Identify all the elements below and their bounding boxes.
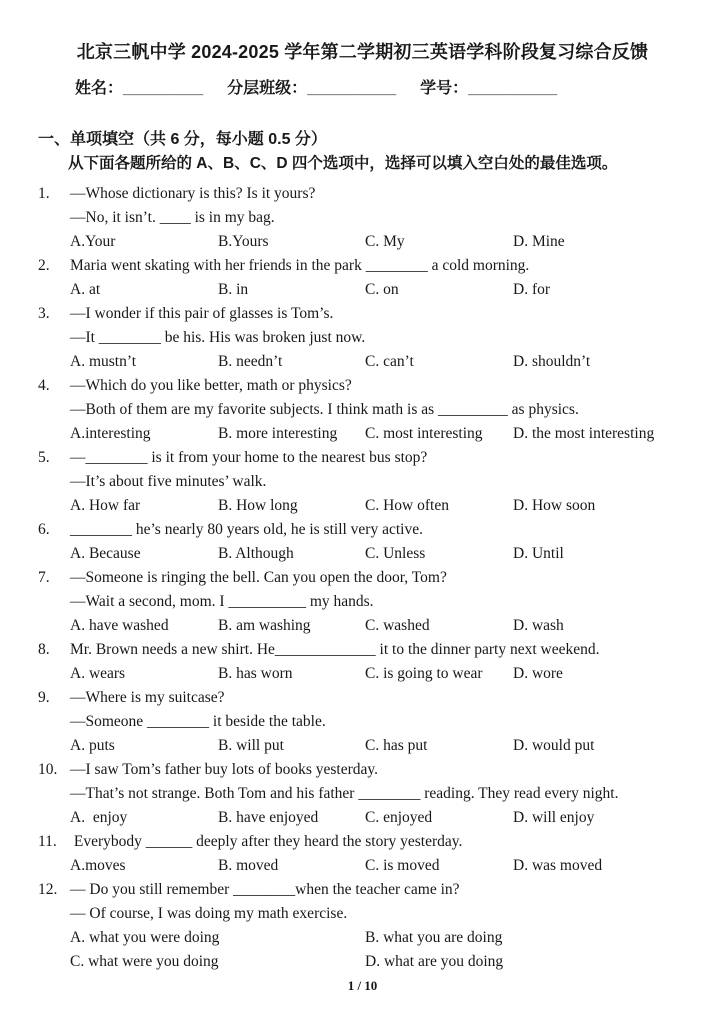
option-a: A. puts [70, 734, 218, 758]
question-line: —Someone is ringing the bell. Can you op… [70, 566, 695, 590]
page-title: 北京三帆中学 2024-2025 学年第二学期初三英语学科阶段复习综合反馈 [0, 0, 725, 64]
question-number: 2. [38, 254, 50, 278]
question-line: —That’s not strange. Both Tom and his fa… [70, 782, 695, 806]
options-row: A. what you were doing B. what you are d… [70, 926, 695, 974]
page-number: 1 / 10 [0, 978, 725, 994]
option-b: B. will put [218, 734, 365, 758]
question-number: 8. [38, 638, 50, 662]
option-a: A.moves [70, 854, 218, 878]
section-heading: 一、单项填空（共 6 分，每小题 0.5 分） [38, 128, 695, 152]
question-number: 11. [38, 830, 57, 854]
student-name-label: 姓名： [75, 80, 123, 97]
option-a: A. mustn’t [70, 350, 218, 374]
question-line: Maria went skating with her friends in t… [70, 254, 695, 278]
option-d: D. was moved [513, 854, 695, 878]
question-line: — Do you still remember ________when the… [70, 878, 695, 902]
question-6: 6. ________ he’s nearly 80 years old, he… [38, 518, 695, 566]
option-b: B. How long [218, 494, 365, 518]
question-line: —Where is my suitcase? [70, 686, 695, 710]
question-line: — Of course, I was doing my math exercis… [70, 902, 695, 926]
student-id-blank: __________ [468, 80, 557, 97]
option-c: C. How often [365, 494, 513, 518]
option-b: B. Although [218, 542, 365, 566]
student-name-field: 姓名：_________ [75, 75, 203, 98]
option-a: A. what you were doing [70, 926, 365, 950]
option-d: D. shouldn’t [513, 350, 695, 374]
option-d: D. wash [513, 614, 695, 638]
options-row: A.Your B.Yours C. My D. Mine [70, 230, 695, 254]
question-1: 1. —Whose dictionary is this? Is it your… [38, 182, 695, 254]
option-a: A.interesting [70, 422, 218, 446]
option-d: D. Until [513, 542, 695, 566]
question-line: —It ________ be his. His was broken just… [70, 326, 695, 350]
question-line: —No, it isn’t. ____ is in my bag. [70, 206, 695, 230]
option-a: A.Your [70, 230, 218, 254]
question-line: —Which do you like better, math or physi… [70, 374, 695, 398]
question-number: 4. [38, 374, 50, 398]
option-d: D. for [513, 278, 695, 302]
option-c: C. enjoyed [365, 806, 513, 830]
question-number: 7. [38, 566, 50, 590]
student-id-field: 学号：__________ [420, 75, 557, 98]
options-row: A. mustn’t B. needn’t C. can’t D. should… [70, 350, 695, 374]
class-label: 分层班级： [227, 80, 307, 97]
option-a: A. at [70, 278, 218, 302]
option-c: C. washed [365, 614, 513, 638]
question-8: 8. Mr. Brown needs a new shirt. He______… [38, 638, 695, 686]
option-b: B. have enjoyed [218, 806, 365, 830]
option-d: D. How soon [513, 494, 695, 518]
question-number: 3. [38, 302, 50, 326]
option-a: A. wears [70, 662, 218, 686]
option-a: A. have washed [70, 614, 218, 638]
option-b: B. more interesting [218, 422, 365, 446]
question-12: 12. — Do you still remember ________when… [38, 878, 695, 974]
question-line: —________ is it from your home to the ne… [70, 446, 695, 470]
class-field: 分层班级：__________ [227, 75, 396, 98]
question-number: 1. [38, 182, 50, 206]
option-b: B. has worn [218, 662, 365, 686]
option-d: D. Mine [513, 230, 695, 254]
option-c: C. Unless [365, 542, 513, 566]
option-a: A. Because [70, 542, 218, 566]
options-row: A. have washed B. am washing C. washed D… [70, 614, 695, 638]
question-7: 7. —Someone is ringing the bell. Can you… [38, 566, 695, 638]
option-c: C. on [365, 278, 513, 302]
question-line: —Someone ________ it beside the table. [70, 710, 695, 734]
option-b: B. am washing [218, 614, 365, 638]
option-b: B. in [218, 278, 365, 302]
question-number: 12. [38, 878, 57, 902]
option-a: A. enjoy [70, 806, 218, 830]
options-row: A. puts B. will put C. has put D. would … [70, 734, 695, 758]
option-b: B.Yours [218, 230, 365, 254]
option-c: C. My [365, 230, 513, 254]
question-line: Mr. Brown needs a new shirt. He_________… [70, 638, 695, 662]
question-line: —Both of them are my favorite subjects. … [70, 398, 695, 422]
question-line: Everybody ______ deeply after they heard… [70, 830, 695, 854]
question-number: 5. [38, 446, 50, 470]
options-row: A.moves B. moved C. is moved D. was move… [70, 854, 695, 878]
question-line: ________ he’s nearly 80 years old, he is… [70, 518, 695, 542]
student-info-row: 姓名：_________ 分层班级：__________ 学号：________… [75, 75, 725, 98]
question-line: —I saw Tom’s father buy lots of books ye… [70, 758, 695, 782]
student-id-label: 学号： [420, 80, 468, 97]
option-d: D. wore [513, 662, 695, 686]
option-d: D. what are you doing [365, 950, 695, 974]
option-c: C. what were you doing [70, 950, 365, 974]
question-line: —Whose dictionary is this? Is it yours? [70, 182, 695, 206]
option-c: C. can’t [365, 350, 513, 374]
options-row: A. enjoy B. have enjoyed C. enjoyed D. w… [70, 806, 695, 830]
options-row: A. Because B. Although C. Unless D. Unti… [70, 542, 695, 566]
question-4: 4. —Which do you like better, math or ph… [38, 374, 695, 446]
question-number: 6. [38, 518, 50, 542]
question-line: —I wonder if this pair of glasses is Tom… [70, 302, 695, 326]
option-b: B. what you are doing [365, 926, 695, 950]
question-5: 5. —________ is it from your home to the… [38, 446, 695, 518]
option-c: C. most interesting [365, 422, 513, 446]
option-c: C. has put [365, 734, 513, 758]
question-2: 2. Maria went skating with her friends i… [38, 254, 695, 302]
question-number: 9. [38, 686, 50, 710]
option-b: B. moved [218, 854, 365, 878]
options-row: A. at B. in C. on D. for [70, 278, 695, 302]
student-name-blank: _________ [123, 80, 203, 97]
options-row: A. How far B. How long C. How often D. H… [70, 494, 695, 518]
question-number: 10. [38, 758, 57, 782]
class-blank: __________ [307, 80, 396, 97]
option-d: D. the most interesting [513, 422, 695, 446]
question-10: 10. —I saw Tom’s father buy lots of book… [38, 758, 695, 830]
option-a: A. How far [70, 494, 218, 518]
question-list: 1. —Whose dictionary is this? Is it your… [38, 182, 695, 974]
option-c: C. is going to wear [365, 662, 513, 686]
question-11: 11. Everybody ______ deeply after they h… [38, 830, 695, 878]
option-b: B. needn’t [218, 350, 365, 374]
section-instruction: 从下面各题所给的 A、B、C、D 四个选项中，选择可以填入空白处的最佳选项。 [68, 152, 695, 176]
paper-content: 一、单项填空（共 6 分，每小题 0.5 分） 从下面各题所给的 A、B、C、D… [0, 128, 725, 974]
question-9: 9. —Where is my suitcase? —Someone _____… [38, 686, 695, 758]
option-d: D. will enjoy [513, 806, 695, 830]
question-3: 3. —I wonder if this pair of glasses is … [38, 302, 695, 374]
option-c: C. is moved [365, 854, 513, 878]
option-d: D. would put [513, 734, 695, 758]
options-row: A.interesting B. more interesting C. mos… [70, 422, 695, 446]
question-line: —It’s about five minutes’ walk. [70, 470, 695, 494]
exam-paper-page: 北京三帆中学 2024-2025 学年第二学期初三英语学科阶段复习综合反馈 姓名… [0, 0, 725, 1024]
question-line: —Wait a second, mom. I __________ my han… [70, 590, 695, 614]
options-row: A. wears B. has worn C. is going to wear… [70, 662, 695, 686]
